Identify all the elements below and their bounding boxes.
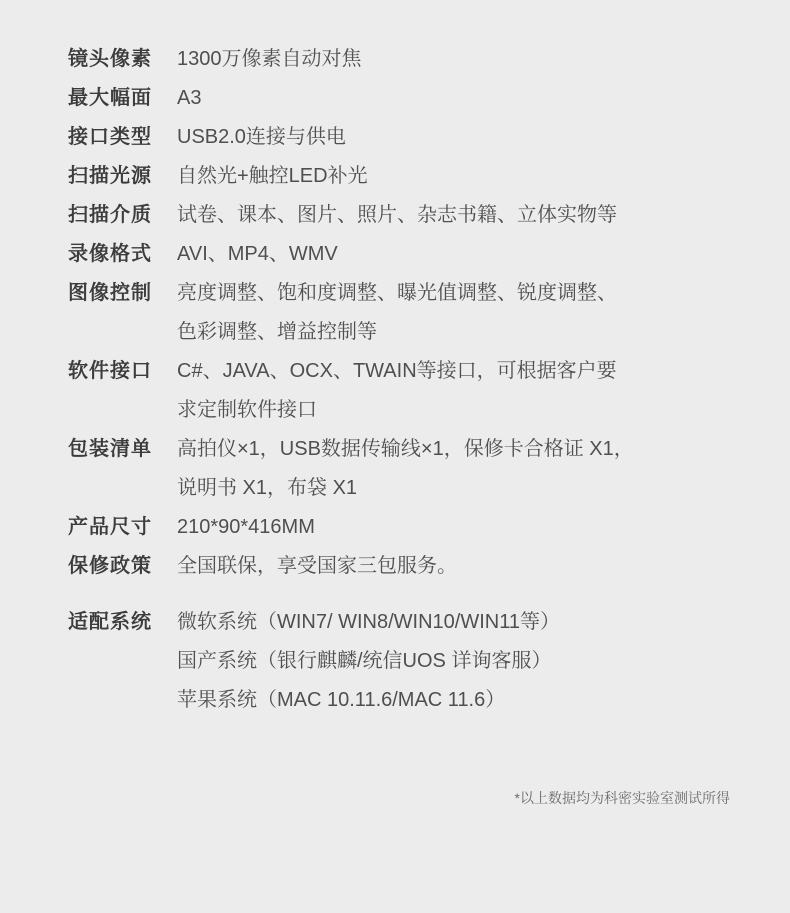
- spec-row: 最大幅面 A3: [68, 79, 790, 118]
- spec-value-line: 色彩调整、增益控制等: [177, 313, 617, 352]
- spec-row: 保修政策 全国联保，享受国家三包服务。: [68, 547, 790, 586]
- spec-row: 镜头像素 1300万像素自动对焦: [68, 40, 790, 79]
- spec-table: 镜头像素 1300万像素自动对焦 最大幅面 A3 接口类型 USB2.0连接与供…: [0, 0, 790, 720]
- spec-label: 扫描介质: [68, 196, 177, 235]
- spec-value-line: 说明书 X1，布袋 X1: [177, 469, 634, 508]
- spec-value-line: 210*90*416MM: [177, 508, 315, 547]
- spec-value: 亮度调整、饱和度调整、曝光值调整、锐度调整、色彩调整、增益控制等: [177, 274, 617, 352]
- spec-label: 保修政策: [68, 547, 177, 586]
- spec-row: 适配系统 微软系统（WIN7/ WIN8/WIN10/WIN11等）国产系统（银…: [68, 603, 790, 720]
- spec-row: 图像控制 亮度调整、饱和度调整、曝光值调整、锐度调整、色彩调整、增益控制等: [68, 274, 790, 352]
- spec-value-line: A3: [177, 79, 201, 118]
- spec-row: 扫描介质 试卷、课本、图片、照片、杂志书籍、立体实物等: [68, 196, 790, 235]
- footnote: *以上数据均为科密实验室测试所得: [515, 788, 730, 808]
- spec-row: 产品尺寸 210*90*416MM: [68, 508, 790, 547]
- spec-value-line: 亮度调整、饱和度调整、曝光值调整、锐度调整、: [177, 274, 617, 313]
- spec-row: 软件接口 C#、JAVA、OCX、TWAIN等接口，可根据客户要求定制软件接口: [68, 352, 790, 430]
- spec-value-line: 高拍仪×1，USB数据传输线×1，保修卡合格证 X1，: [177, 430, 634, 469]
- spec-value: 高拍仪×1，USB数据传输线×1，保修卡合格证 X1，说明书 X1，布袋 X1: [177, 430, 634, 508]
- spec-label: 扫描光源: [68, 157, 177, 196]
- spec-row: 包装清单 高拍仪×1，USB数据传输线×1，保修卡合格证 X1，说明书 X1，布…: [68, 430, 790, 508]
- spec-value: 210*90*416MM: [177, 508, 315, 547]
- spec-value-line: 国产系统（银行麒麟/统信UOS 详询客服）: [177, 642, 560, 681]
- spec-value: C#、JAVA、OCX、TWAIN等接口，可根据客户要求定制软件接口: [177, 352, 617, 430]
- spec-value: AVI、MP4、WMV: [177, 235, 338, 274]
- spec-value-line: 求定制软件接口: [177, 391, 617, 430]
- spec-value-line: C#、JAVA、OCX、TWAIN等接口，可根据客户要: [177, 352, 617, 391]
- spec-row: 扫描光源 自然光+触控LED补光: [68, 157, 790, 196]
- spec-value: 1300万像素自动对焦: [177, 40, 362, 79]
- spec-value-line: 试卷、课本、图片、照片、杂志书籍、立体实物等: [177, 196, 617, 235]
- spec-value-line: 全国联保，享受国家三包服务。: [177, 547, 457, 586]
- spec-value-line: 苹果系统（MAC 10.11.6/MAC 11.6）: [177, 681, 560, 720]
- spec-label: 产品尺寸: [68, 508, 177, 547]
- spec-label: 录像格式: [68, 235, 177, 274]
- spec-row: 录像格式 AVI、MP4、WMV: [68, 235, 790, 274]
- spec-value-line: AVI、MP4、WMV: [177, 235, 338, 274]
- spec-label: 适配系统: [68, 603, 177, 642]
- spec-value: USB2.0连接与供电: [177, 118, 346, 157]
- spec-value-line: 1300万像素自动对焦: [177, 40, 362, 79]
- spec-value-line: USB2.0连接与供电: [177, 118, 346, 157]
- spec-label: 包装清单: [68, 430, 177, 469]
- spec-value-line: 自然光+触控LED补光: [177, 157, 368, 196]
- spec-value: 微软系统（WIN7/ WIN8/WIN10/WIN11等）国产系统（银行麒麟/统…: [177, 603, 560, 720]
- spec-label: 软件接口: [68, 352, 177, 391]
- spec-value-line: 微软系统（WIN7/ WIN8/WIN10/WIN11等）: [177, 603, 560, 642]
- spec-label: 镜头像素: [68, 40, 177, 79]
- spec-value: 试卷、课本、图片、照片、杂志书籍、立体实物等: [177, 196, 617, 235]
- spec-label: 接口类型: [68, 118, 177, 157]
- spec-value: A3: [177, 79, 201, 118]
- spec-row: 接口类型 USB2.0连接与供电: [68, 118, 790, 157]
- spec-value: 自然光+触控LED补光: [177, 157, 368, 196]
- spec-label: 最大幅面: [68, 79, 177, 118]
- spec-label: 图像控制: [68, 274, 177, 313]
- spec-value: 全国联保，享受国家三包服务。: [177, 547, 457, 586]
- product-spec-sheet: 镜头像素 1300万像素自动对焦 最大幅面 A3 接口类型 USB2.0连接与供…: [0, 0, 790, 720]
